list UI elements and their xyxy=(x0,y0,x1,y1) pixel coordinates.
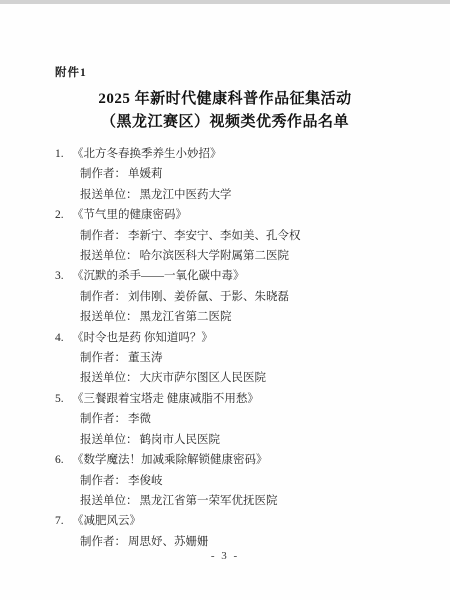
works-list: 1.《北方冬春换季养生小妙招》 制作者：单媛莉 报送单位：黑龙江中医药大学 2.… xyxy=(55,144,415,552)
work-title-line: 5.《三餐跟着宝塔走 健康减脂不用愁》 xyxy=(55,389,415,409)
work-title-line: 7.《减肥风云》 xyxy=(55,511,415,531)
submitter-value: 大庆市萨尔图区人民医院 xyxy=(140,372,267,384)
work-title: 《时令也是药 你知道吗？》 xyxy=(72,332,213,344)
submitter-line: 报送单位：哈尔滨医科大学附属第二医院 xyxy=(55,246,415,266)
work-title: 《减肥风云》 xyxy=(72,515,141,527)
creator-value: 李新宁、李安宁、李如美、孔令权 xyxy=(128,230,301,242)
submitter-value: 哈尔滨医科大学附属第二医院 xyxy=(140,250,290,262)
list-item: 4.《时令也是药 你知道吗？》 制作者：董玉涛 报送单位：大庆市萨尔图区人民医院 xyxy=(55,328,415,389)
work-title-line: 3.《沉默的杀手——一氧化碳中毒》 xyxy=(55,266,415,286)
submitter-value: 黑龙江省第二医院 xyxy=(140,311,232,323)
item-number: 3. xyxy=(55,266,72,286)
attachment-label: 附件1 xyxy=(55,64,87,80)
creator-line: 制作者：董玉涛 xyxy=(55,348,415,368)
work-title-line: 6.《数学魔法！加减乘除解锁健康密码》 xyxy=(55,450,415,470)
item-number: 1. xyxy=(55,144,72,164)
submitter-label: 报送单位： xyxy=(80,434,138,446)
item-number: 7. xyxy=(55,511,72,531)
creator-label: 制作者： xyxy=(80,352,126,364)
submitter-value: 黑龙江中医药大学 xyxy=(140,189,232,201)
document-title: 2025 年新时代健康科普作品征集活动 （黑龙江赛区）视频类优秀作品名单 xyxy=(0,88,450,134)
work-title: 《数学魔法！加减乘除解锁健康密码》 xyxy=(72,454,268,466)
creator-value: 单媛莉 xyxy=(128,168,163,180)
list-item: 2.《节气里的健康密码》 制作者：李新宁、李安宁、李如美、孔令权 报送单位：哈尔… xyxy=(55,205,415,266)
item-number: 2. xyxy=(55,205,72,225)
creator-value: 李俊岐 xyxy=(128,475,163,487)
creator-label: 制作者： xyxy=(80,291,126,303)
creator-value: 董玉涛 xyxy=(128,352,163,364)
creator-line: 制作者：李微 xyxy=(55,409,415,429)
item-number: 4. xyxy=(55,328,72,348)
document-page: 附件1 2025 年新时代健康科普作品征集活动 （黑龙江赛区）视频类优秀作品名单… xyxy=(0,0,450,600)
creator-value: 周思妤、苏姗姗 xyxy=(128,536,209,548)
work-title-line: 4.《时令也是药 你知道吗？》 xyxy=(55,328,415,348)
submitter-label: 报送单位： xyxy=(80,311,138,323)
list-item: 5.《三餐跟着宝塔走 健康减脂不用愁》 制作者：李微 报送单位：鹤岗市人民医院 xyxy=(55,389,415,450)
work-title: 《三餐跟着宝塔走 健康减脂不用愁》 xyxy=(72,393,259,405)
submitter-line: 报送单位：黑龙江省第二医院 xyxy=(55,307,415,327)
page-number: - 3 - xyxy=(0,550,450,562)
work-title-line: 2.《节气里的健康密码》 xyxy=(55,205,415,225)
creator-line: 制作者：李俊岐 xyxy=(55,471,415,491)
creator-label: 制作者： xyxy=(80,413,126,425)
creator-label: 制作者： xyxy=(80,475,126,487)
submitter-line: 报送单位：鹤岗市人民医院 xyxy=(55,430,415,450)
item-number: 6. xyxy=(55,450,72,470)
creator-label: 制作者： xyxy=(80,230,126,242)
creator-line: 制作者：李新宁、李安宁、李如美、孔令权 xyxy=(55,226,415,246)
document-title-line2: （黑龙江赛区）视频类优秀作品名单 xyxy=(0,111,450,134)
submitter-line: 报送单位：大庆市萨尔图区人民医院 xyxy=(55,368,415,388)
list-item: 7.《减肥风云》 制作者：周思妤、苏姗姗 xyxy=(55,511,415,552)
submitter-value: 鹤岗市人民医院 xyxy=(140,434,221,446)
submitter-label: 报送单位： xyxy=(80,189,138,201)
creator-line: 制作者：单媛莉 xyxy=(55,164,415,184)
submitter-line: 报送单位：黑龙江中医药大学 xyxy=(55,185,415,205)
work-title-line: 1.《北方冬春换季养生小妙招》 xyxy=(55,144,415,164)
submitter-label: 报送单位： xyxy=(80,495,138,507)
work-title: 《节气里的健康密码》 xyxy=(72,209,187,221)
submitter-line: 报送单位：黑龙江省第一荣军优抚医院 xyxy=(55,491,415,511)
submitter-label: 报送单位： xyxy=(80,250,138,262)
submitter-value: 黑龙江省第一荣军优抚医院 xyxy=(140,495,278,507)
list-item: 6.《数学魔法！加减乘除解锁健康密码》 制作者：李俊岐 报送单位：黑龙江省第一荣… xyxy=(55,450,415,511)
list-item: 3.《沉默的杀手——一氧化碳中毒》 制作者：刘伟刚、姜侨氤、于影、朱晓磊 报送单… xyxy=(55,266,415,327)
submitter-label: 报送单位： xyxy=(80,372,138,384)
creator-line: 制作者：刘伟刚、姜侨氤、于影、朱晓磊 xyxy=(55,287,415,307)
work-title: 《北方冬春换季养生小妙招》 xyxy=(72,148,222,160)
creator-value: 刘伟刚、姜侨氤、于影、朱晓磊 xyxy=(128,291,289,303)
work-title: 《沉默的杀手——一氧化碳中毒》 xyxy=(72,270,245,282)
creator-label: 制作者： xyxy=(80,536,126,548)
creator-value: 李微 xyxy=(128,413,151,425)
scan-edge xyxy=(0,0,450,4)
list-item: 1.《北方冬春换季养生小妙招》 制作者：单媛莉 报送单位：黑龙江中医药大学 xyxy=(55,144,415,205)
document-title-line1: 2025 年新时代健康科普作品征集活动 xyxy=(0,88,450,111)
creator-label: 制作者： xyxy=(80,168,126,180)
item-number: 5. xyxy=(55,389,72,409)
